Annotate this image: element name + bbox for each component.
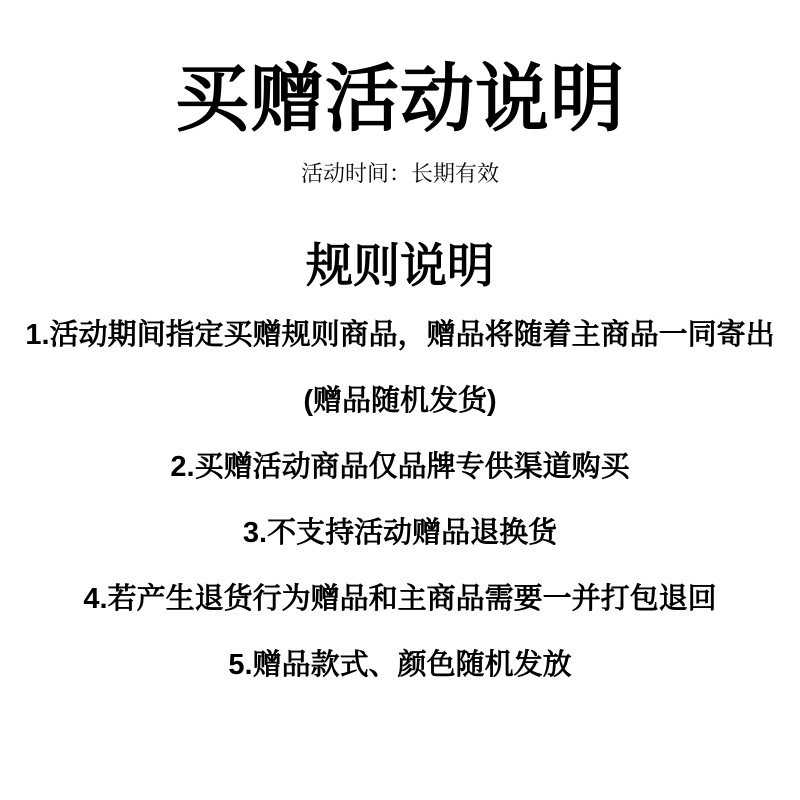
rule-line: (赠品随机发货) bbox=[0, 386, 800, 416]
rules-list: 1.活动期间指定买赠规则商品，赠品将随着主商品一同寄出(赠品随机发货)2.买赠活… bbox=[0, 320, 800, 680]
rules-section-heading: 规则说明 bbox=[0, 240, 800, 292]
rule-line: 1.活动期间指定买赠规则商品，赠品将随着主商品一同寄出 bbox=[0, 320, 800, 350]
rule-line: 5.赠品款式、颜色随机发放 bbox=[0, 650, 800, 680]
rule-line: 3.不支持活动赠品退换货 bbox=[0, 518, 800, 548]
rule-line: 4.若产生退货行为赠品和主商品需要一并打包退回 bbox=[0, 584, 800, 614]
activity-time-subtitle: 活动时间：长期有效 bbox=[0, 160, 800, 189]
rule-line: 2.买赠活动商品仅品牌专供渠道购买 bbox=[0, 452, 800, 482]
page-title: 买赠活动说明 bbox=[0, 56, 800, 142]
promo-notice-page: 买赠活动说明 活动时间：长期有效 规则说明 1.活动期间指定买赠规则商品，赠品将… bbox=[0, 0, 800, 800]
